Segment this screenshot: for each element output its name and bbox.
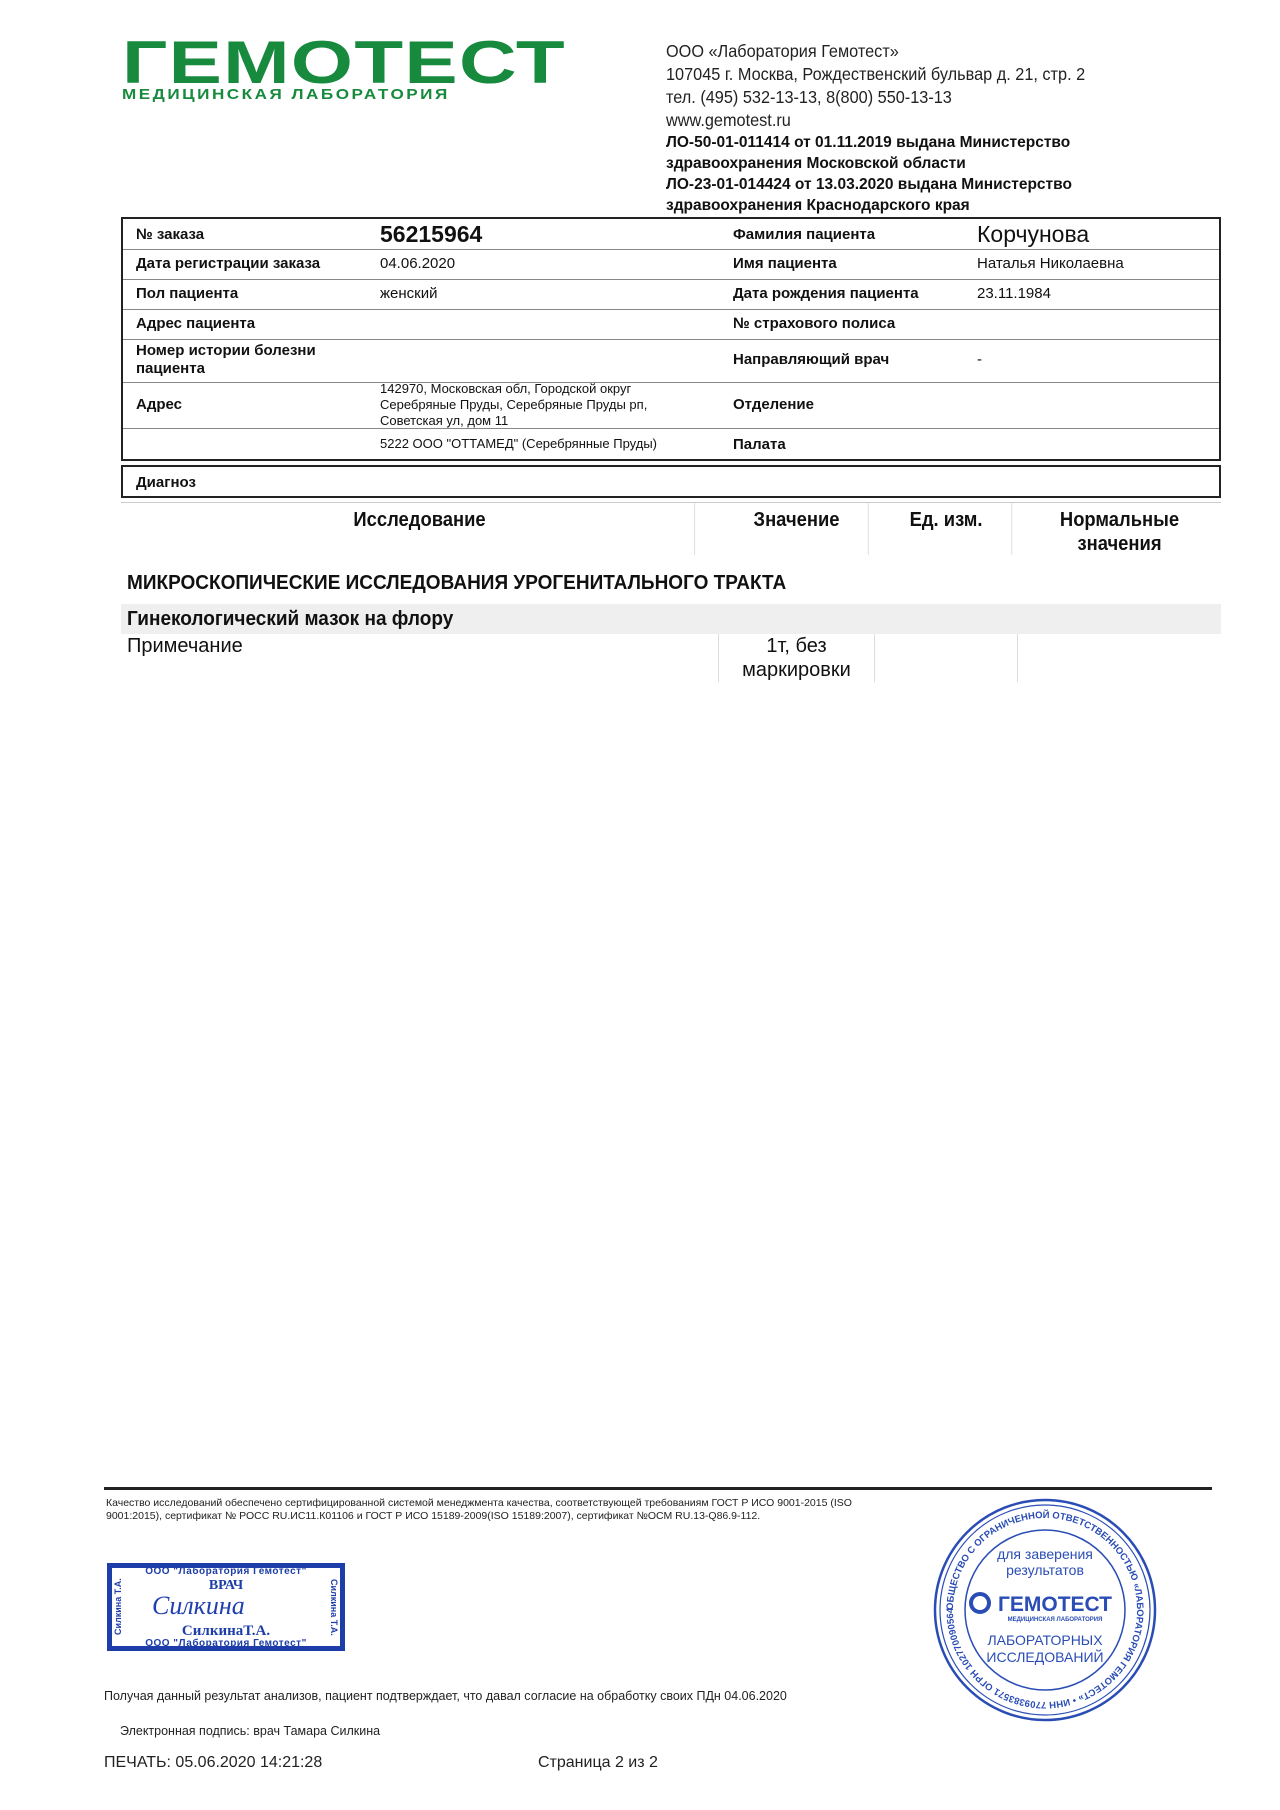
lab-info: ООО «Лаборатория Гемотест» 107045 г. Мос… xyxy=(666,40,1226,216)
row-regdate: Дата регистрации заказа 04.06.2020 Имя п… xyxy=(123,249,1219,280)
quality-line-1: Качество исследований обеспечено сертифи… xyxy=(106,1497,906,1510)
stamp-brand-sub: МЕДИЦИНСКАЯ ЛАБОРАТОРИЯ xyxy=(1008,1617,1103,1623)
insurance-label: № страхового полиса xyxy=(733,315,895,333)
address-label: Адрес xyxy=(136,396,182,414)
lab-phone: тел. (495) 532-13-13, 8(800) 550-13-13 xyxy=(666,86,1187,109)
group-title: Гинекологический мазок на флору xyxy=(121,604,1221,634)
doctor-stamp-org-bottom: ООО "Лаборатория Гемотест" xyxy=(140,1638,312,1649)
page-number: Страница 2 из 2 xyxy=(538,1754,658,1772)
diagnosis-box: Диагноз xyxy=(121,465,1221,498)
logo-subtitle: МЕДИЦИНСКАЯ ЛАБОРАТОРИЯ xyxy=(122,86,450,104)
results-header: Исследование Значение Ед. изм. Нормальны… xyxy=(121,502,1221,555)
patient-info-table: № заказа 56215964 Фамилия пациента Корчу… xyxy=(121,217,1221,461)
result-unit xyxy=(875,634,1018,682)
row-history: Номер истории болезни пациента Направляю… xyxy=(123,339,1219,383)
group-title-text: Гинекологический мазок на флору xyxy=(127,607,453,631)
col-unit: Ед. изм. xyxy=(881,503,1013,555)
address-line-3: Советская ул, дом 11 xyxy=(380,413,508,429)
license-1-cont: здравоохранения Московской области xyxy=(666,153,1226,174)
surname-value: Корчунова xyxy=(977,221,1089,247)
stamp-line-4: ИССЛЕДОВАНИЙ xyxy=(986,1648,1103,1665)
doctor-label: Направляющий врач xyxy=(733,351,889,369)
electronic-signature: Электронная подпись: врач Тамара Силкина xyxy=(120,1724,380,1738)
doctor-stamp-side-left: Силкина Т.А. xyxy=(113,1578,125,1636)
footer-divider xyxy=(104,1487,1212,1490)
col-value: Значение xyxy=(725,503,869,555)
row-patient-address: Адрес пациента № страхового полиса xyxy=(123,309,1219,340)
address-line-2: Серебряные Пруды, Серебряные Пруды рп, xyxy=(380,397,647,413)
clinic-value: 5222 ООО "ОТТАМЕД" (Серебрянные Пруды) xyxy=(380,436,657,452)
sex-value: женский xyxy=(380,285,437,303)
birth-date-value: 23.11.1984 xyxy=(977,285,1051,303)
doctor-stamp-side-right: Силкина Т.А. xyxy=(327,1578,339,1636)
row-sex: Пол пациента женский Дата рождения пацие… xyxy=(123,279,1219,310)
name-label: Имя пациента xyxy=(733,255,837,273)
row-address: Адрес 142970, Московская обл, Городской … xyxy=(123,382,1219,429)
stamp-line-2: результатов xyxy=(1006,1562,1084,1578)
reg-date-label: Дата регистрации заказа xyxy=(136,255,320,273)
stamp-line-3: ЛАБОРАТОРНЫХ xyxy=(987,1632,1103,1648)
doctor-value: - xyxy=(977,351,982,369)
result-row: Примечание 1т, без маркировки xyxy=(121,634,1221,682)
lab-name: ООО «Лаборатория Гемотест» xyxy=(666,40,1187,63)
col-norm: Нормальные значения xyxy=(1026,503,1213,555)
print-timestamp: ПЕЧАТЬ: 05.06.2020 14:21:28 xyxy=(104,1754,322,1772)
col-test: Исследование xyxy=(145,503,695,555)
license-1: ЛО-50-01-011414 от 01.11.2019 выдана Мин… xyxy=(666,132,1226,153)
quality-statement: Качество исследований обеспечено сертифи… xyxy=(106,1497,906,1523)
sex-label: Пол пациента xyxy=(136,285,238,303)
history-label: Номер истории болезни пациента xyxy=(136,342,356,378)
reg-date-value: 04.06.2020 xyxy=(380,255,455,273)
quality-line-2: 9001:2015), сертификат № РОСС RU.ИС11.К0… xyxy=(106,1510,906,1523)
stamp-logo-icon xyxy=(971,1594,989,1612)
order-number: 56215964 xyxy=(380,221,482,247)
diagnosis-label: Диагноз xyxy=(136,474,196,491)
doctor-signature: Силкина xyxy=(152,1591,245,1621)
doctor-stamp: ООО "Лаборатория Гемотест" ВРАЧ Силкина … xyxy=(107,1563,345,1651)
address-line-1: 142970, Московская обл, Городской округ xyxy=(380,381,631,397)
lab-round-stamp: ОБЩЕСТВО С ОГРАНИЧЕННОЙ ОТВЕТСТВЕННОСТЬЮ… xyxy=(932,1497,1158,1723)
stamp-brand: ГЕМОТЕСТ xyxy=(998,1593,1112,1616)
surname-label: Фамилия пациента xyxy=(733,226,875,244)
license-2-cont: здравоохранения Краснодарского края xyxy=(666,195,1226,216)
order-label: № заказа xyxy=(136,226,204,244)
ward-label: Палата xyxy=(733,436,786,454)
name-value: Наталья Николаевна xyxy=(977,255,1124,273)
lab-website: www.gemotest.ru xyxy=(666,109,1187,132)
result-norm xyxy=(1018,634,1221,682)
birth-date-label: Дата рождения пациента xyxy=(733,285,919,303)
result-value: 1т, без маркировки xyxy=(742,634,852,682)
section-title: МИКРОСКОПИЧЕСКИЕ ИССЛЕДОВАНИЯ УРОГЕНИТАЛ… xyxy=(127,571,786,595)
patient-address-label: Адрес пациента xyxy=(136,315,255,333)
lab-address: 107045 г. Москва, Рождественский бульвар… xyxy=(666,63,1187,86)
row-clinic: 5222 ООО "ОТТАМЕД" (Серебрянные Пруды) П… xyxy=(123,428,1219,459)
doctor-stamp-org-top: ООО "Лаборатория Гемотест" xyxy=(140,1566,312,1577)
license-2: ЛО-23-01-014424 от 13.03.2020 выдана Мин… xyxy=(666,174,1226,195)
consent-note: Получая данный результат анализов, пацие… xyxy=(104,1689,787,1703)
stamp-line-1: для заверения xyxy=(997,1546,1093,1562)
row-order: № заказа 56215964 Фамилия пациента Корчу… xyxy=(123,219,1219,250)
result-test: Примечание xyxy=(127,635,243,657)
department-label: Отделение xyxy=(733,396,814,414)
